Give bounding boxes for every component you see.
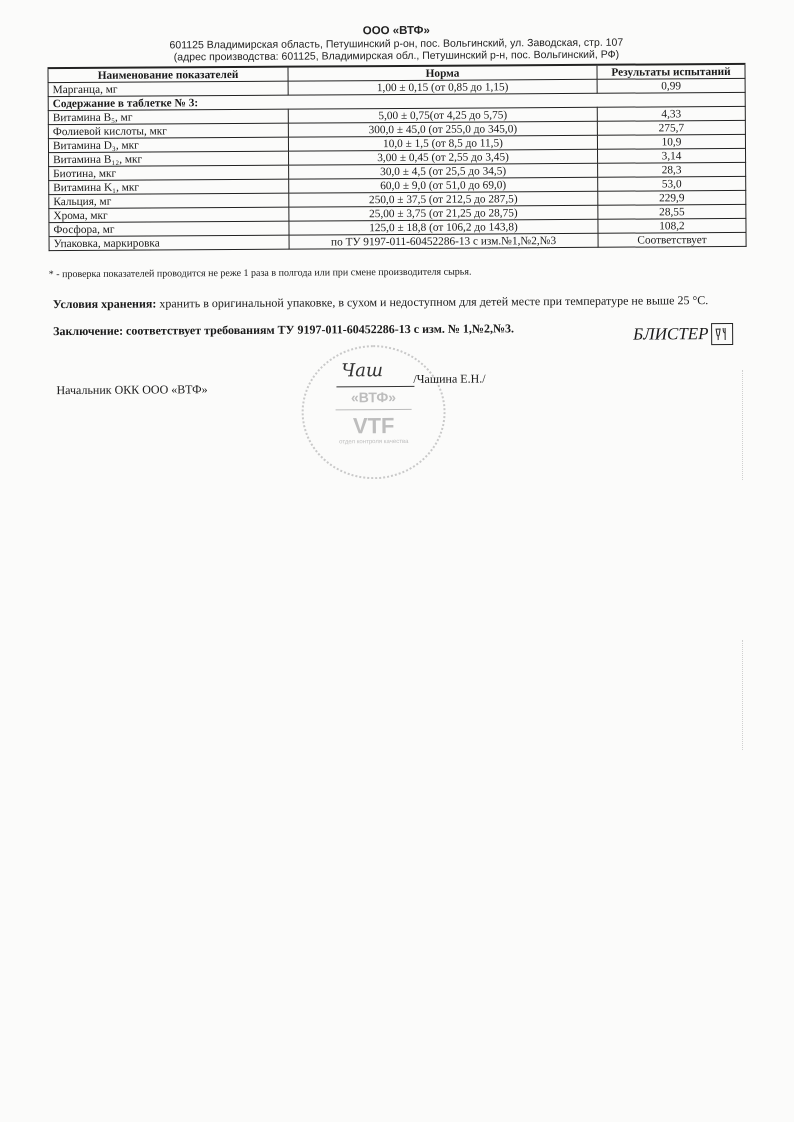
indicator-result: 10,9 xyxy=(597,134,745,149)
indicator-result: 0,99 xyxy=(597,78,745,93)
signature: Чаш xyxy=(341,360,383,381)
indicator-norm: по ТУ 9197-011-60452286-13 с изм.№1,№2,№… xyxy=(289,233,598,249)
indicator-name: Биотина, мкг xyxy=(49,165,289,180)
test-results-table: Наименование показателей Норма Результат… xyxy=(47,63,746,251)
indicator-result: 3,14 xyxy=(597,148,745,163)
indicator-name: Фолиевой кислоты, мкг xyxy=(48,123,288,138)
storage-text: хранить в оригинальной упаковке, в сухом… xyxy=(156,293,708,310)
column-header-result: Результаты испытаний xyxy=(597,64,745,79)
indicator-name: Упаковка, маркировка xyxy=(49,235,289,250)
food-contact-icon xyxy=(711,323,733,345)
table-row: Упаковка, маркировкапо ТУ 9197-011-60452… xyxy=(49,232,746,250)
conclusion-label: Заключение: xyxy=(53,324,123,338)
scan-artifact xyxy=(742,640,746,750)
storage-label: Условия хранения: xyxy=(53,296,156,311)
indicator-result: 275,7 xyxy=(597,120,745,135)
indicator-result: Соответствует xyxy=(598,232,746,247)
conclusion-text: соответствует требованиям ТУ 9197-011-60… xyxy=(123,321,514,337)
indicator-name: Марганца, мг xyxy=(48,81,288,96)
packaging-mark: БЛИСТЕР xyxy=(633,323,734,346)
footnote: * - проверка показателей проводится не р… xyxy=(49,267,472,281)
stamp-subtext: отдел контроля качества xyxy=(304,439,444,447)
scan-artifact xyxy=(742,370,746,480)
storage-conditions: Условия хранения: хранить в оригинальной… xyxy=(53,292,753,313)
stamp-org-ru: «ВТФ» xyxy=(303,389,443,406)
indicator-name: Витамина B₁₂, мкг xyxy=(49,151,289,166)
indicator-result: 4,33 xyxy=(597,106,745,121)
packaging-label: БЛИСТЕР xyxy=(633,324,709,344)
indicator-result: 108,2 xyxy=(598,218,746,233)
signer-name: /Чашина Е.Н./ xyxy=(413,371,485,386)
indicator-name: Витамина D₃, мкг xyxy=(48,137,288,152)
indicator-name: Кальция, мг xyxy=(49,193,289,208)
stamp-org-en: VTF xyxy=(304,413,444,440)
indicator-name: Хрома, мкг xyxy=(49,207,289,222)
signer-title: Начальник ОКК ООО «ВТФ» xyxy=(56,382,207,398)
indicator-result: 28,55 xyxy=(598,204,746,219)
indicator-name: Витамина K₁, мкг xyxy=(49,179,289,194)
indicator-name: Фосфора, мг xyxy=(49,221,289,236)
document-page: ООО «ВТФ» 601125 Владимирская область, П… xyxy=(0,0,794,1122)
indicator-result: 53,0 xyxy=(598,176,746,191)
conclusion: Заключение: соответствует требованиям ТУ… xyxy=(53,321,514,339)
indicator-result: 28,3 xyxy=(598,162,746,177)
column-header-name: Наименование показателей xyxy=(48,67,288,83)
indicator-name: Витамина B₅, мг xyxy=(48,109,288,124)
indicator-result: 229,9 xyxy=(598,190,746,205)
